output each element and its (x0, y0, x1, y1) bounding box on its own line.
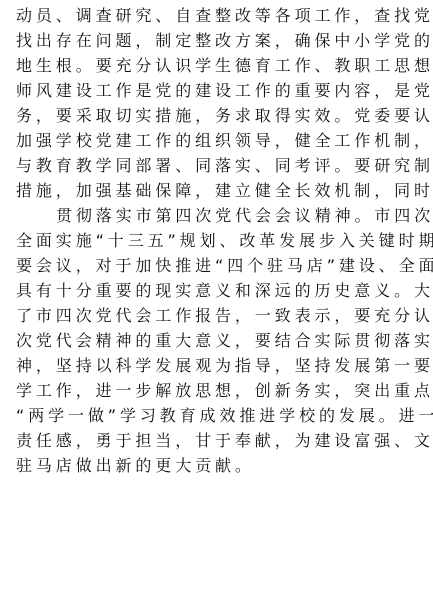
text-line: 加强学校党建工作的组织领导，健全工作机制，把学校党建工作 (16, 128, 418, 153)
text-line: 神，坚持以科学发展观为指导，坚持发展第一要义，围绕教育教 (16, 353, 418, 378)
text-line: 具有十分重要的现实意义和深远的历史意义。大家逐字逐句学习 (16, 278, 418, 303)
text-line-indented: 贯彻落实市第四次党代会会议精神。市四次党代会是在我市 (16, 203, 418, 228)
document-page: 动员、调查研究、自查整改等各项工作，查找党建工作薄弱环节， 找出存在问题，制定整… (0, 0, 433, 612)
text-line: 要会议，对于加快推进“四个驻马店”建设、全面建成小康社会 (16, 253, 418, 278)
text-line: 了市四次党代会工作报告，一致表示，要充分认识学习贯彻市四 (16, 303, 418, 328)
text-line: 次党代会精神的重大意义，要结合实际贯彻落实市四次党代会精 (16, 328, 418, 353)
text-line: 地生根。要充分认识学生德育工作、教职工思想政治工作、师德 (16, 53, 418, 78)
text-line: 动员、调查研究、自查整改等各项工作，查找党建工作薄弱环节， (16, 3, 418, 28)
document-body: 动员、调查研究、自查整改等各项工作，查找党建工作薄弱环节， 找出存在问题，制定整… (16, 3, 418, 478)
text-line: 措施，加强基础保障，建立健全长效机制，同时，严格责任追究。 (16, 178, 418, 203)
text-line: 与教育教学同部署、同落实、同考评。要研究制定党建工作办法 (16, 153, 418, 178)
text-line: 全面实施“十三五”规划、改革发展步入关键时期召开的一次重 (16, 228, 418, 253)
paragraph-party-building-continuation: 动员、调查研究、自查整改等各项工作，查找党建工作薄弱环节， 找出存在问题，制定整… (16, 3, 418, 203)
paragraph-fourth-party-congress: 贯彻落实市第四次党代会会议精神。市四次党代会是在我市 全面实施“十三五”规划、改… (16, 203, 418, 478)
text-line: “两学一做”学习教育成效推进学校的发展。进一增强使命感和 (16, 403, 418, 428)
text-line: 务，要采取切实措施，务求取得实效。党委要认真履行主体责任， (16, 103, 418, 128)
text-line: 找出存在问题，制定整改方案，确保中小学党的建设各项任务落 (16, 28, 418, 53)
text-line: 学工作，进一步解放思想，创新务实，突出重点，真抓实干，以 (16, 378, 418, 403)
text-line: 驻马店做出新的更大贡献。 (16, 453, 418, 478)
text-line: 责任感，勇于担当，甘于奉献，为建设富强、文明、美丽、和谐 (16, 428, 418, 453)
text-line: 师风建设工作是党的建设工作的重要内容，是党组织的重要任 (16, 78, 418, 103)
